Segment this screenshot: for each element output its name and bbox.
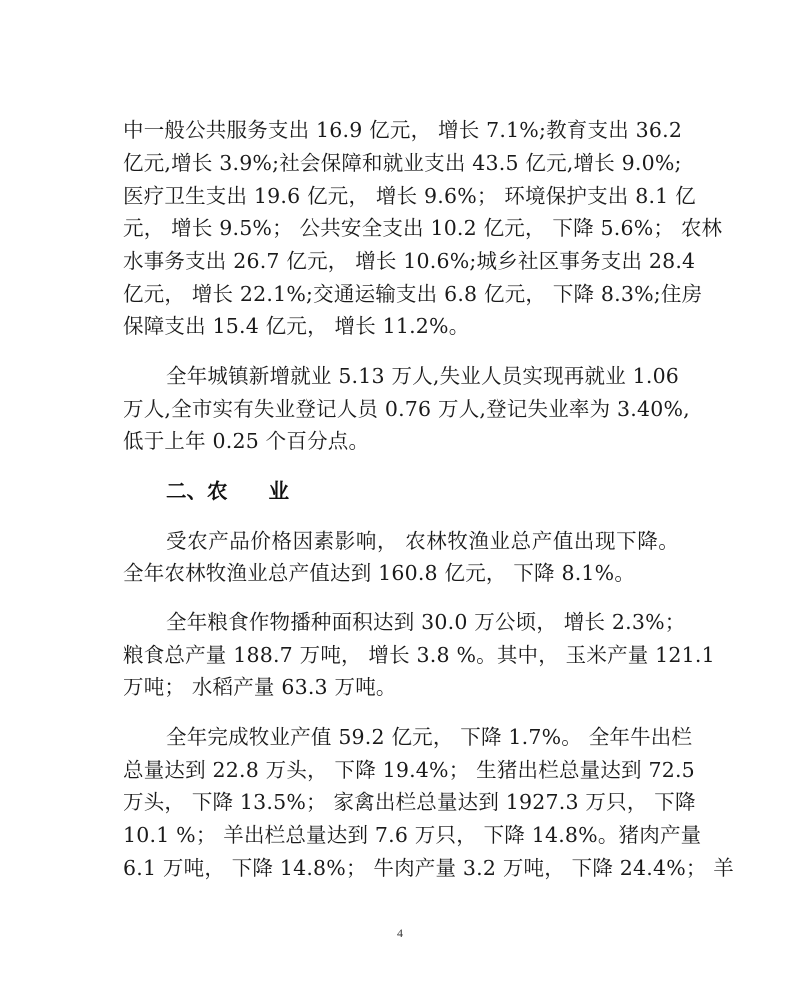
text-line: 医疗卫生支出 19.6 亿元， 增长 9.6%； 环境保护支出 8.1 亿 (123, 181, 679, 211)
text-line: 中一般公共服务支出 16.9 亿元， 增长 7.1%;教育支出 36.2 (123, 115, 679, 145)
text-line: 全年粮食作物播种面积达到 30.0 万公顷， 增长 2.3%； (166, 607, 679, 637)
text-line: 亿元， 增长 22.1%;交通运输支出 6.8 亿元， 下降 8.3%;住房 (123, 279, 679, 309)
text-line: 万人,全市实有失业登记人员 0.76 万人,登记失业率为 3.40%, (123, 394, 679, 424)
text-line: 保障支出 15.4 亿元， 增长 11.2%。 (123, 311, 679, 341)
text-line: 水事务支出 26.7 亿元， 增长 10.6%;城乡社区事务支出 28.4 (123, 246, 679, 276)
text-line: 10.1 %； 羊出栏总量达到 7.6 万只， 下降 14.8%。猪肉产量 (123, 820, 679, 850)
text-line: 低于上年 0.25 个百分点。 (123, 426, 679, 456)
page-number: 4 (0, 926, 800, 941)
text-line: 全年城镇新增就业 5.13 万人,失业人员实现再就业 1.06 (166, 361, 679, 391)
section-heading-agriculture: 二、农 业 (166, 476, 289, 506)
text-line: 全年农林牧渔业总产值达到 160.8 亿元， 下降 8.1%。 (123, 558, 679, 588)
text-line: 亿元,增长 3.9%;社会保障和就业支出 43.5 亿元,增长 9.0%; (123, 148, 679, 178)
text-line: 全年完成牧业产值 59.2 亿元， 下降 1.7%。 全年牛出栏 (166, 722, 679, 752)
text-line: 万头， 下降 13.5%； 家禽出栏总量达到 1927.3 万只， 下降 (123, 787, 679, 817)
text-line: 总量达到 22.8 万头， 下降 19.4%； 生猪出栏总量达到 72.5 (123, 755, 679, 785)
document-page: 中一般公共服务支出 16.9 亿元， 增长 7.1%;教育支出 36.2 亿元,… (0, 0, 800, 1000)
text-line: 受农产品价格因素影响， 农林牧渔业总产值出现下降。 (166, 526, 679, 556)
text-line: 6.1 万吨， 下降 14.8%； 牛肉产量 3.2 万吨， 下降 24.4%；… (123, 853, 679, 883)
text-line: 粮食总产量 188.7 万吨， 增长 3.8 %。其中， 玉米产量 121.1 (123, 640, 679, 670)
text-line: 万吨； 水稻产量 63.3 万吨。 (123, 672, 679, 702)
text-line: 元， 增长 9.5%； 公共安全支出 10.2 亿元， 下降 5.6%； 农林 (123, 213, 679, 243)
